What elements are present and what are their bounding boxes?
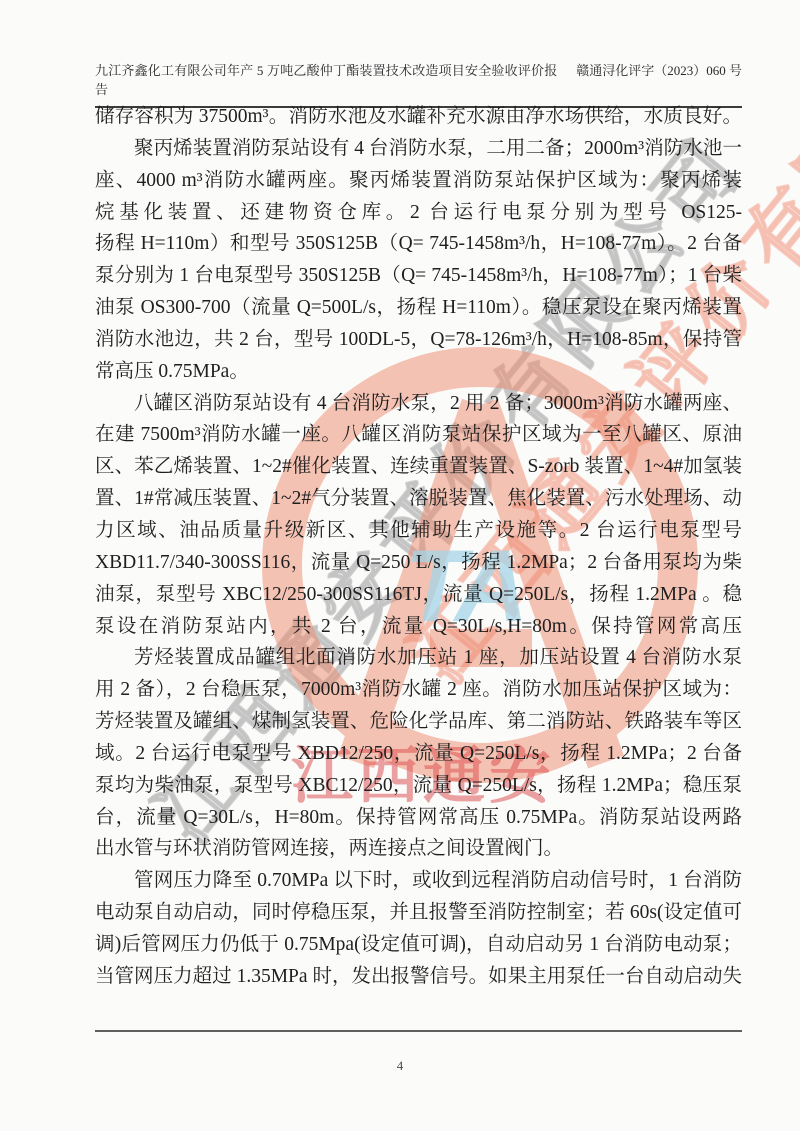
body-line: 油泵 OS300-700（流量 Q=500L/s，扬程 H=110m）。稳压泵设…	[95, 292, 742, 324]
body-line: 用 2 备），2 台稳压泵，7000m³消防水罐 2 座。消防水加压站保护区域为…	[95, 674, 742, 706]
body-line: 泵均为柴油泵，泵型号 XBC12/250，流量 Q=250L/s，扬程 1.2M…	[95, 770, 742, 802]
body-line: 储存容积为 37500m³。消防水池及水罐补充水源由净水场供给，水质良好。	[95, 101, 742, 133]
body-line: 当管网压力超过 1.35MPa 时，发出报警信号。如果主用泵任一台自动启动失	[95, 961, 742, 993]
body-line: XBD11.7/340-300SS116，流量 Q=250 L/s，扬程 1.2…	[95, 547, 742, 579]
body-line: 座、4000 m³消防水罐两座。聚丙烯装置消防泵站保护区域为：聚丙烯装置、	[95, 165, 742, 197]
body-line: 烷基化装置、还建物资仓库。2 台运行电泵分别为型号 OS125-290I(Q=1…	[95, 197, 742, 229]
body-line: 聚丙烯装置消防泵站设有 4 台消防水泵，二用二备；2000m³消防水池一	[95, 133, 742, 165]
document-body: 储存容积为 37500m³。消防水池及水罐补充水源由净水场供给，水质良好。聚丙烯…	[95, 101, 742, 993]
body-line: 区、苯乙烯装置、1~2#催化装置、连续重置装置、S-zorb 装置、1~4#加氢…	[95, 451, 742, 483]
body-line: 消防水池边，共 2 台，型号 100DL-5，Q=78-126m³/h，H=10…	[95, 324, 742, 356]
body-line: 扬程 H=110m）和型号 350S125B（Q= 745-1458m³/h，H…	[95, 228, 742, 260]
body-line: 芳烃装置成品罐组北面消防水加压站 1 座，加压站设置 4 台消防水泵（2	[95, 642, 742, 674]
footer-rule	[95, 1030, 742, 1032]
body-line: 泵分别为 1 台电泵型号 350S125B（Q= 745-1458m³/h，H=…	[95, 260, 742, 292]
body-line: 电动泵自动启动，同时停稳压泵，并且报警至消防控制室；若 60s(设定值可	[95, 897, 742, 929]
page-number: 4	[0, 1058, 800, 1074]
body-line: 管网压力降至 0.70MPa 以下时，或收到远程消防启动信号时，1 台消防	[95, 865, 742, 897]
body-line: 力区域、油品质量升级新区、其他辅助生产设施等。2 台运行电泵型号	[95, 515, 742, 547]
body-line: 域。2 台运行电泵型号 XBD12/250，流量 Q=250L/s，扬程 1.2…	[95, 738, 742, 770]
body-line: 置、1#常减压装置、1~2#气分装置、溶脱装置、焦化装置、污水处理场、动	[95, 483, 742, 515]
body-line: 芳烃装置及罐组、煤制氢装置、危险化学品库、第二消防站、铁路装车等区	[95, 706, 742, 738]
body-line: 八罐区消防泵站设有 4 台消防水泵，2 用 2 备；3000m³消防水罐两座、	[95, 388, 742, 420]
body-line: 常高压 0.75MPa。	[95, 356, 742, 388]
report-number: 赣通浔化评字（2023）060 号	[576, 60, 742, 79]
body-line: 油泵，泵型号 XBC12/250-300SS116TJ，流量 Q=250L/s，…	[95, 579, 742, 611]
body-line: 台，流量 Q=30L/s，H=80m。保持管网常高压 0.75MPa。消防泵站设…	[95, 802, 742, 834]
document-page: 江西通安评价有限公司 江西通安评价有限公司 TA 江西通安 九江齐鑫化工有限公司…	[0, 0, 800, 1131]
body-line: 在建 7500m³消防水罐一座。八罐区消防泵站保护区域为一至八罐区、原油罐	[95, 419, 742, 451]
report-title: 九江齐鑫化工有限公司年产 5 万吨乙酸仲丁酯装置技术改造项目安全验收评价报告	[95, 60, 562, 98]
body-line: 调)后管网压力仍低于 0.75Mpa(设定值可调)，自动启动另 1 台消防电动泵…	[95, 929, 742, 961]
body-line: 出水管与环状消防管网连接，两连接点之间设置阀门。	[95, 833, 742, 865]
body-line: 泵设在消防泵站内，共 2 台，流量 Q=30L/s,H=80m。保持管网常高压 …	[95, 611, 742, 643]
